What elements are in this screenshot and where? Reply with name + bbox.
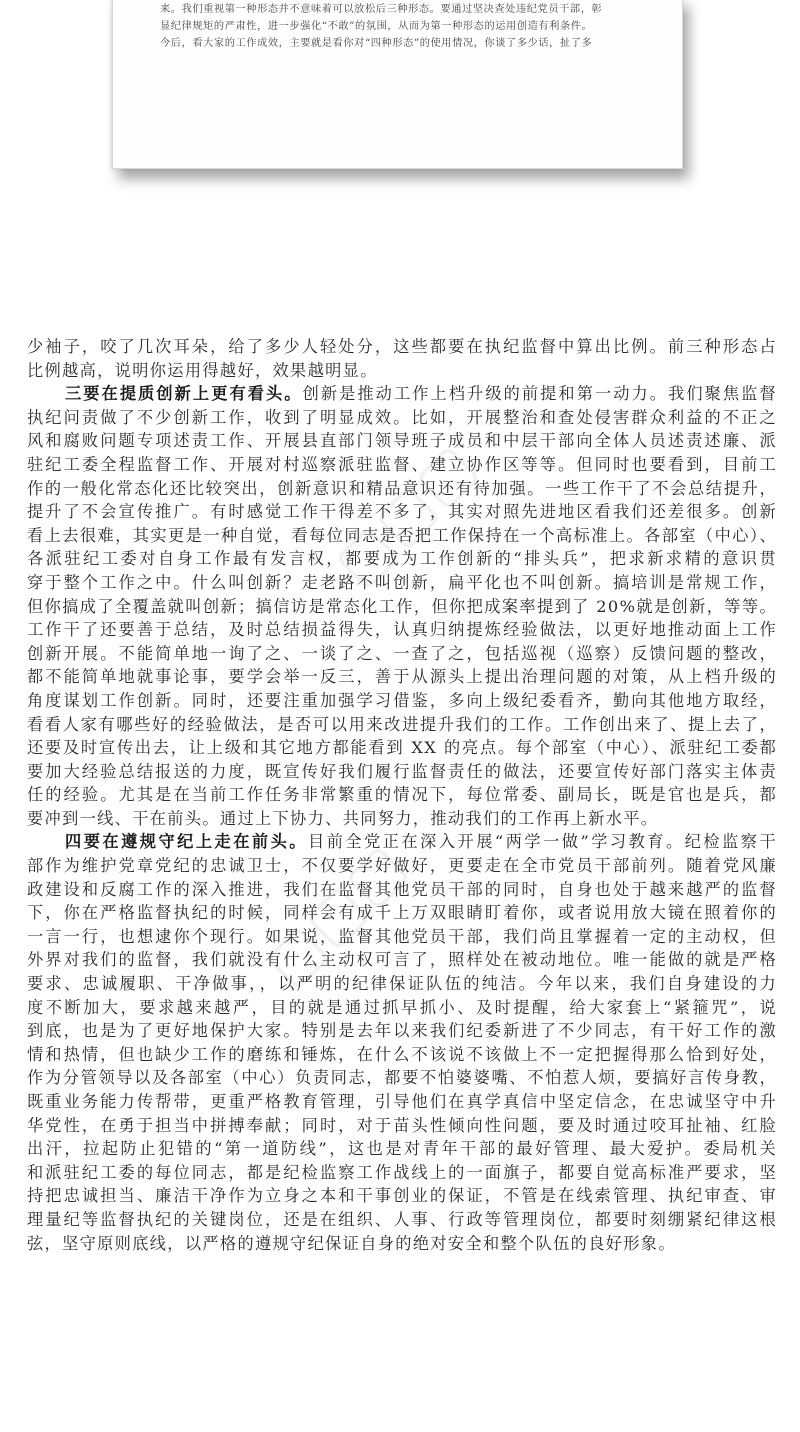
text-line: 还要及时宣传出去，让上级和其它地方都能看到 XX 的亮点。每个部室（中心）、派驻… bbox=[27, 736, 777, 760]
text-line: 既重业务能力传帮带，更重严格教育管理，引导他们在真学真信中坚定信念，在忠诚坚守中… bbox=[27, 1090, 777, 1114]
text-run: 目前全党正在深入开展“两学一做”学习教育。纪检监察干 bbox=[308, 832, 777, 851]
text-line: 风和腐败问题专项述责工作、开展县直部门领导班子成员和中层干部向全体人员述责述廉、… bbox=[27, 429, 777, 453]
text-line: 少袖子，咬了几次耳朵，给了多少人轻处分，这些都要在执纪监督中算出比例。前三种形态… bbox=[27, 335, 777, 359]
text-line: 出汗，拉起防止犯错的“第一道防线”，这也是对青年干部的最好管理、最大爱护。委局机… bbox=[27, 1137, 777, 1161]
text-line: 作为分管领导以及各部室（中心）负责同志，都要不怕婆婆嘴、不怕惹人烦，要搞好言传身… bbox=[27, 1066, 777, 1090]
text-line: 穿于整个工作之中。什么叫创新？走老路不叫创新，扁平化也不叫创新。搞培训是常规工作… bbox=[27, 571, 777, 595]
paragraph-continuation: 少袖子，咬了几次耳朵，给了多少人轻处分，这些都要在执纪监督中算出比例。前三种形态… bbox=[27, 335, 777, 382]
text-line: 度不断加大，要求越来越严，目的就是通过抓早抓小、及时提醒，给大家套上“紧箍咒”，… bbox=[27, 996, 777, 1020]
preview-line: 显纪律规矩的严肃性，进一步强化“不敢”的氛围，从而为第一种形态的运用创造有利条件… bbox=[160, 18, 650, 35]
preview-line: 今后，看大家的工作成效，主要就是看你对“四种形态”的使用情况，你谈了多少话，扯了… bbox=[160, 35, 650, 52]
text-line: 下，你在严格监督执纪的时候，同样会有成千上万双眼睛盯着你，或者说用放大镜在照着你… bbox=[27, 901, 777, 925]
text-line: 华党性，在勇于担当中拼搏奉献；同时，对于苗头性倾向性问题，要及时通过咬耳扯袖、红… bbox=[27, 1114, 777, 1138]
text-line: 驻纪工委全程监督工作、开展对村巡察派驻监督、建立协作区等等。但同时也要看到，目前… bbox=[27, 453, 777, 477]
text-run: 创新是推动工作上档升级的前提和第一动力。我们聚焦监督 bbox=[303, 384, 777, 403]
text-line: 作的一般化常态化还比较突出，创新意识和精品意识还有待加强。一些工作干了不会总结提… bbox=[27, 477, 777, 501]
text-line: 工作干了还要善于总结，及时总结损益得失，认真归纳提炼经验做法，以更好地推动面上工… bbox=[27, 618, 777, 642]
text-line: 情和热情，但也缺少工作的磨练和锤炼，在什么不该说不该做上不一定把握得那么恰到好处… bbox=[27, 1043, 777, 1067]
text-line: 到底，也是为了更好地保护大家。特别是去年以来我们纪委新进了不少同志，有干好工作的… bbox=[27, 1019, 777, 1043]
text-line: 都不能简单地就事论事，要学会举一反三，善于从源头上提出治理问题的对策，从上档升级… bbox=[27, 665, 777, 689]
article-body: 少袖子，咬了几次耳朵，给了多少人轻处分，这些都要在执纪监督中算出比例。前三种形态… bbox=[27, 335, 777, 1255]
text-line: 弦，坚守原则底线，以严格的遵规守纪保证自身的绝对安全和整个队伍的良好形象。 bbox=[27, 1232, 777, 1256]
text-line: 政建设和反腐工作的深入推进，我们在监督其他党员干部的同时，自身也处于越来越严的监… bbox=[27, 878, 777, 902]
text-line: 要冲到一线、干在前头。通过上下协力、共同努力，推动我们的工作再上新水平。 bbox=[27, 807, 777, 831]
paragraph-first-line: 四要在遵规守纪上走在前头。目前全党正在深入开展“两学一做”学习教育。纪检监察干 bbox=[27, 830, 777, 854]
text-line: 各派驻纪工委对自身工作最有发言权，都要成为工作创新的“排头兵”，把求新求精的意识… bbox=[27, 547, 777, 571]
text-line: 持把忠诚担当、廉洁干净作为立身之本和干事创业的保证，不管是在线索管理、执纪审查、… bbox=[27, 1184, 777, 1208]
text-line: 执纪问责做了不少创新工作，收到了明显成效。比如，开展整治和查处侵害群众利益的不正… bbox=[27, 406, 777, 430]
text-line: 外界对我们的监督，我们就没有什么主动权可言了，照样处在被动地位。唯一能做的就是严… bbox=[27, 948, 777, 972]
paragraph-innovation: 三要在提质创新上更有看头。创新是推动工作上档升级的前提和第一动力。我们聚焦监督 … bbox=[27, 382, 777, 830]
preview-line: 来。我们重视第一种形态并不意味着可以放松后三种形态。要通过坚决查处违纪党员干部，… bbox=[160, 1, 650, 18]
text-line: 提升了不会宣传推广。有时感觉工作干得差不多了，其实对照先进地区看我们还差很多。创… bbox=[27, 500, 777, 524]
section-heading-discipline: 四要在遵规守纪上走在前头。 bbox=[65, 832, 308, 851]
previous-page-preview: 来。我们重视第一种形态并不意味着可以放松后三种形态。要通过坚决查处违纪党员干部，… bbox=[112, 0, 683, 169]
text-line: 和派驻纪工委的每位同志，都是纪检监察工作战线上的一面旗子，都要自觉高标准严要求，… bbox=[27, 1161, 777, 1185]
paragraph-discipline: 四要在遵规守纪上走在前头。目前全党正在深入开展“两学一做”学习教育。纪检监察干 … bbox=[27, 830, 777, 1255]
text-line: 看看人家有哪些好的经验做法，是否可以用来改进提升我们的工作。工作创出来了、提上去… bbox=[27, 713, 777, 737]
paragraph-first-line: 三要在提质创新上更有看头。创新是推动工作上档升级的前提和第一动力。我们聚焦监督 bbox=[27, 382, 777, 406]
text-line: 理量纪等监督执纪的关键岗位，还是在组织、人事、行政等管理岗位，都要时刻绷紧纪律这… bbox=[27, 1208, 777, 1232]
text-line: 比例越高，说明你运用得越好，效果越明显。 bbox=[27, 359, 777, 383]
text-line: 要求、忠诚履职、干净做事，，以严明的纪律保证队伍的纯洁。今年以来，我们自身建设的… bbox=[27, 972, 777, 996]
preview-text: 来。我们重视第一种形态并不意味着可以放松后三种形态。要通过坚决查处违纪党员干部，… bbox=[160, 1, 650, 52]
text-line: 一言一行，也想逮你个现行。如果说，监督其他党员干部，我们尚且掌握着一定的主动权，… bbox=[27, 925, 777, 949]
text-line: 部作为维护党章党纪的忠诚卫士，不仅要学好做好，更要走在全市党员干部前列。随着党风… bbox=[27, 854, 777, 878]
text-line: 角度谋划工作创新。同时，还要注重加强学习借鉴，多向上级纪委看齐，勤向其他地方取经… bbox=[27, 689, 777, 713]
text-line: 创新开展。不能简单地一询了之、一谈了之、一查了之，包括巡视（巡察）反馈问题的整改… bbox=[27, 642, 777, 666]
text-line: 看上去很难，其实更是一种自觉，看每位同志是否把工作保持在一个高标准上。各部室（中… bbox=[27, 524, 777, 548]
text-line: 要加大经验总结报送的力度，既宣传好我们履行监督责任的做法，还要宣传好部门落实主体… bbox=[27, 760, 777, 784]
text-line: 但你搞成了全覆盖就叫创新；搞信访是常态化工作，但你把成案率提到了 20%就是创新… bbox=[27, 595, 777, 619]
text-line: 任的经验。尤其是在当前工作任务非常繁重的情况下，每位常委、副局长，既是官也是兵，… bbox=[27, 783, 777, 807]
section-heading-innovation: 三要在提质创新上更有看头。 bbox=[65, 384, 303, 403]
